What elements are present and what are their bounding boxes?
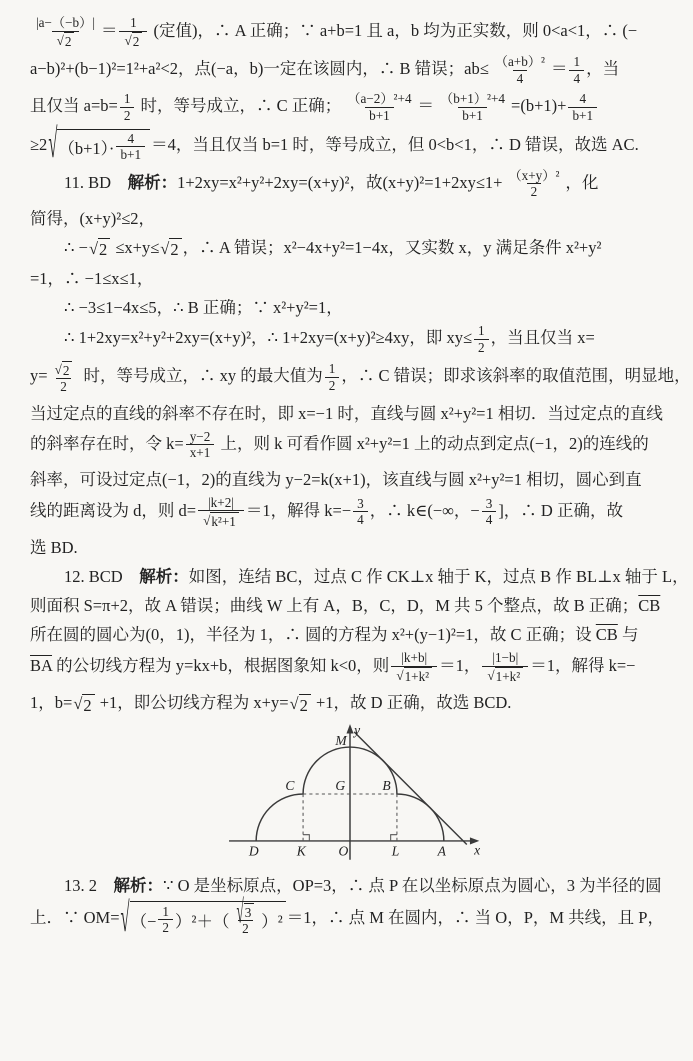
text-run: ＝1，: [439, 656, 480, 675]
text-run: ，化: [565, 173, 598, 192]
fraction: |1−b|√1+k²: [482, 650, 528, 684]
text-run: 所在圆的圆心为(0，1)，半径为 1，∴ 圆的方程为 x²+(y−1)²=1，故…: [30, 625, 596, 644]
radical: √2: [290, 694, 311, 716]
figure-diagram: y x O D K L A M C G B: [30, 721, 669, 867]
text-run: 时，等号成立，∴ xy 的最大值为: [79, 366, 322, 385]
fraction: √32: [231, 903, 259, 937]
text-run: 11. BD: [64, 173, 128, 192]
text-run: ）²: [261, 908, 282, 932]
text-run: 1，b=: [30, 693, 72, 712]
radical: √2: [55, 361, 73, 379]
radicand: 2: [82, 694, 94, 716]
label-point-m: M: [334, 733, 347, 748]
fraction: 14: [569, 54, 584, 86]
radical-sign-icon: √: [160, 241, 169, 258]
radical: √1+k²: [396, 667, 432, 685]
math-line: 的斜率存在时，令 k=y−2x+1 上，则 k 可看作圆 x²+y²=1 上的动…: [30, 429, 669, 461]
radicand: k²+1: [210, 512, 239, 530]
radicand: 2: [98, 238, 110, 260]
denominator: 2: [56, 378, 71, 395]
text-run: （−: [131, 908, 157, 932]
fraction: √22: [50, 360, 78, 394]
radical: √3: [236, 903, 254, 921]
radicand: 2: [62, 361, 73, 379]
numerator: 3: [482, 496, 497, 512]
text-run: ，∴ A 错误；x²−4x+y²=1−4x，又实数 x，y 满足条件 x²+y²: [183, 238, 602, 257]
math-line: 且仅当 a=b=12 时，等号成立，∴ C 正确；（a−2）²+4b+1＝（b+…: [30, 91, 669, 123]
radical-sign-icon: √: [487, 669, 494, 682]
denominator: b+1: [116, 146, 145, 163]
math-line: 线的距离设为 d，则 d=|k+2|√k²+1＝1，解得 k=−34，∴ k∈(…: [30, 495, 669, 529]
text-run: a−b)²+(b−1)²=1²+a²<2，点(−a，b)一定在该圆内，∴ B 错…: [30, 59, 489, 78]
text-run: 简得，(x+y)²≤2，: [30, 209, 155, 228]
numerator: （b+1）²+4: [436, 91, 509, 107]
fraction: 4b+1: [568, 91, 597, 123]
text-run: =(b+1)+: [511, 96, 566, 115]
right-angle-mark-l: [390, 834, 396, 840]
radical: √2: [57, 32, 75, 50]
fraction: 34: [353, 496, 368, 528]
numerator: 1: [120, 91, 135, 107]
text-run: ＝1，解得 k=−: [530, 656, 635, 675]
label-point-b: B: [382, 778, 390, 793]
text-run: ＝1，解得 k=−: [246, 501, 351, 520]
tangent-line: [354, 732, 467, 845]
numerator: y−2: [186, 429, 215, 445]
radicand: 1+k²: [404, 667, 433, 685]
numerator: 3: [353, 496, 368, 512]
text-run: 斜率，可设过定点(−1，2)的直线为 y−2=k(x+1)，该直线与圆 x²+y…: [30, 470, 642, 489]
label-axis-x: x: [473, 842, 480, 857]
fraction: 12: [120, 91, 135, 123]
label-point-c: C: [285, 778, 295, 793]
radical-sign-icon: √: [124, 34, 131, 47]
radical: √2: [124, 32, 142, 50]
numerator: √3: [231, 903, 259, 921]
text-run: ∴ −: [64, 238, 88, 257]
denominator: b+1: [365, 107, 394, 124]
math-line: ∴ 1+2xy=x²+y²+2xy=(x+y)²，∴ 1+2xy=(x+y)²≥…: [30, 323, 669, 355]
numerator: 1: [158, 904, 173, 920]
right-angle-mark-k: [303, 834, 309, 840]
label-origin: O: [338, 843, 348, 858]
text-run: ≥2: [30, 135, 47, 154]
fraction: 34: [482, 496, 497, 528]
text-run: 上，则 k 可看作圆 x²+y²=1 上的动点到定点(−1，2)的连线的: [216, 434, 648, 453]
label-point-a: A: [436, 843, 446, 858]
math-line: 12. BCD 解析：如图，连结 BC，过点 C 作 CK⊥x 轴于 K，过点 …: [30, 563, 669, 587]
arc-overline: CB: [638, 596, 660, 615]
text-run: ，∴ C 错误；即求该斜率的取值范围，明显地，: [341, 366, 690, 385]
radicand: 2: [169, 238, 181, 260]
text-run: =1，∴ −1≤x≤1，: [30, 269, 153, 288]
label-point-d: D: [247, 843, 258, 858]
text-run: ∴ −3≤1−4x≤5，∴ B 正确；∵ x²+y²=1，: [64, 298, 343, 317]
math-line: 选 BD.: [30, 534, 669, 558]
numerator: 1: [325, 361, 340, 377]
radical-sign-icon: √: [290, 696, 299, 713]
radical: √1+k²: [487, 667, 523, 685]
numerator: |k+2|: [204, 495, 238, 511]
math-line: ≥2√（b+1）·4b+1＝4，当且仅当 b=1 时，等号成立，但 0<b<1，…: [30, 129, 669, 163]
radical-sign-icon: √: [396, 669, 403, 682]
text-run: ＝: [418, 96, 435, 115]
denominator: 2: [120, 107, 135, 124]
text-run: y=: [30, 366, 48, 385]
math-line: 1，b=√2 +1，即公切线方程为 x+y=√2 +1，故 D 正确，故选 BC…: [30, 689, 669, 715]
denominator: √2: [119, 31, 147, 50]
radicand: （b+1）·4b+1: [57, 129, 150, 163]
text-run: ＝: [551, 59, 568, 78]
radicand: 2: [132, 32, 143, 50]
radical-sign-icon: √: [73, 696, 82, 713]
fraction: 12: [158, 904, 173, 936]
label-point-k: K: [295, 843, 306, 858]
fraction: 1√2: [119, 15, 147, 49]
text-run: (定值)，∴ A 正确；∵ a+b=1 且 a，b 均为正实数，则 0<a<1，…: [149, 21, 637, 40]
fraction: |k+b|√1+k²: [391, 650, 437, 684]
fraction: |a−（−b）|√2: [32, 15, 99, 49]
denominator: 4: [569, 70, 584, 87]
fraction: （a−2）²+4b+1: [343, 91, 415, 123]
bold-run: 解析：: [114, 877, 164, 895]
numerator: 4: [575, 91, 590, 107]
numerator: （a+b）²: [491, 54, 549, 70]
math-line: 所在圆的圆心为(0，1)，半径为 1，∴ 圆的方程为 x²+(y−1)²=1，故…: [30, 621, 669, 645]
denominator: x+1: [186, 444, 215, 461]
denominator: √k²+1: [198, 510, 244, 529]
text-run: ∴ 1+2xy=x²+y²+2xy=(x+y)²，∴ 1+2xy=(x+y)²≥…: [64, 328, 472, 347]
text-run: （b+1）·: [58, 135, 114, 159]
text-run: 如图，连结 BC，过点 C 作 CK⊥x 轴于 K，过点 B 作 BL⊥x 轴于…: [189, 567, 689, 586]
denominator: b+1: [458, 107, 487, 124]
text-run: 的公切线方程为 y=kx+b，根据图象知 k<0，则: [52, 656, 389, 675]
numerator: （a−2）²+4: [343, 91, 415, 107]
radical: √2: [73, 694, 94, 716]
label-point-l: L: [390, 843, 399, 858]
numerator: |k+b|: [397, 650, 431, 666]
text-run: 上．∵ OM=: [30, 908, 120, 927]
text-run: 线的距离设为 d，则 d=: [30, 501, 196, 520]
curve-w-plot: y x O D K L A M C G B: [190, 721, 510, 867]
text-run: ，当且仅当 x=: [491, 328, 595, 347]
text-run: ，∴ k∈(−∞，−: [370, 501, 480, 520]
text-run: ≤x+y≤: [111, 238, 159, 257]
solution-content: |a−（−b）|√2＝1√2 (定值)，∴ A 正确；∵ a+b=1 且 a，b…: [0, 0, 693, 937]
solution-text-top: |a−（−b）|√2＝1√2 (定值)，∴ A 正确；∵ a+b=1 且 a，b…: [30, 15, 669, 716]
math-line: 简得，(x+y)²≤2，: [30, 205, 669, 229]
radical-sign-icon: √: [55, 363, 62, 376]
text-run: ，当: [586, 59, 619, 78]
text-run: 选 BD.: [30, 538, 78, 557]
radicand: （−12）²＋（√32）²: [130, 901, 286, 937]
radicand: 1+k²: [495, 667, 524, 685]
radicand: 3: [244, 903, 255, 921]
label-axis-y: y: [352, 722, 361, 737]
text-run: 与: [618, 625, 639, 644]
math-line: 13. 2 解析：∵ O 是坐标原点，OP=3，∴ 点 P 在以坐标原点为圆心，…: [30, 872, 669, 896]
text-run: ＝1，∴ 点 M 在圆内，∴ 当 O，P，M 共线，且 P，: [287, 908, 664, 927]
bold-run: 解析：: [128, 174, 178, 192]
text-run: ]，∴ D 正确，故: [498, 501, 623, 520]
radical-sign-icon: √: [89, 241, 98, 258]
numerator: |a−（−b）|: [32, 15, 99, 31]
fraction: |k+2|√k²+1: [198, 495, 244, 529]
label-point-g: G: [335, 778, 345, 793]
radical: √k²+1: [203, 512, 239, 530]
denominator: 4: [353, 511, 368, 528]
denominator: √2: [52, 31, 80, 50]
bold-run: 解析：: [139, 568, 189, 586]
radical-sign-icon: √: [203, 514, 210, 527]
math-line: BA 的公切线方程为 y=kx+b，根据图象知 k<0，则|k+b|√1+k²＝…: [30, 650, 669, 684]
text-run: 且仅当 a=b=: [30, 96, 118, 115]
text-run: 1+2xy=x²+y²+2xy=(x+y)²，故(x+y)²=1+2xy≤1+: [177, 173, 502, 192]
arc-overline: CB: [596, 625, 618, 644]
math-line: 11. BD 解析：1+2xy=x²+y²+2xy=(x+y)²，故(x+y)²…: [30, 168, 669, 200]
radical: √2: [89, 238, 110, 260]
denominator: √1+k²: [482, 666, 528, 685]
fraction: 12: [474, 323, 489, 355]
text-run: 则面积 S=π+2，故 A 错误；曲线 W 上有 A，B，C，D，M 共 5 个…: [30, 596, 638, 615]
radical: √（b+1）·4b+1: [48, 129, 150, 163]
denominator: b+1: [568, 107, 597, 124]
text-run: 12. BCD: [64, 567, 139, 586]
solution-text-bottom: 13. 2 解析：∵ O 是坐标原点，OP=3，∴ 点 P 在以坐标原点为圆心，…: [30, 872, 669, 937]
fraction: （a+b）²4: [491, 54, 549, 86]
fraction: 4b+1: [116, 131, 145, 163]
radicand: 2: [299, 694, 311, 716]
denominator: 2: [527, 183, 542, 200]
text-run: +1，即公切线方程为 x+y=: [96, 693, 289, 712]
denominator: 4: [482, 511, 497, 528]
numerator: 1: [474, 323, 489, 339]
numerator: 1: [126, 15, 141, 31]
y-axis-arrow-icon: [346, 724, 353, 733]
numerator: |1−b|: [488, 650, 522, 666]
numerator: 4: [123, 131, 138, 147]
numerator: （x+y）²: [504, 168, 563, 184]
radical-sign-icon: √: [121, 898, 130, 939]
radical: √（−12）²＋（√32）²: [121, 901, 286, 937]
math-line: ∴ −3≤1−4x≤5，∴ B 正确；∵ x²+y²=1，: [30, 294, 669, 318]
math-line: ∴ −√2 ≤x+y≤√2，∴ A 错误；x²−4x+y²=1−4x，又实数 x…: [30, 234, 669, 260]
denominator: 4: [513, 70, 528, 87]
radical-sign-icon: √: [48, 125, 57, 166]
denominator: 2: [474, 339, 489, 356]
radical-sign-icon: √: [57, 34, 64, 47]
arc-overline: BA: [30, 656, 52, 675]
text-run: 当过定点的直线的斜率不存在时，即 x=−1 时，直线与圆 x²+y²=1 相切．…: [30, 404, 663, 423]
text-run: ＝: [101, 21, 118, 40]
math-line: |a−（−b）|√2＝1√2 (定值)，∴ A 正确；∵ a+b=1 且 a，b…: [30, 15, 669, 49]
fraction: （b+1）²+4b+1: [436, 91, 509, 123]
math-line: y=√22 时，等号成立，∴ xy 的最大值为12，∴ C 错误；即求该斜率的取…: [30, 360, 669, 394]
math-line: 当过定点的直线的斜率不存在时，即 x=−1 时，直线与圆 x²+y²=1 相切．…: [30, 400, 669, 424]
text-run: 13. 2: [64, 876, 114, 895]
text-run: ）²＋（: [175, 908, 229, 932]
math-line: 则面积 S=π+2，故 A 错误；曲线 W 上有 A，B，C，D，M 共 5 个…: [30, 592, 669, 616]
math-line: a−b)²+(b−1)²=1²+a²<2，点(−a，b)一定在该圆内，∴ B 错…: [30, 54, 669, 86]
text-run: ＝4，当且仅当 b=1 时，等号成立，但 0<b<1，∴ D 错误，故选 AC.: [151, 135, 639, 154]
text-run: +1，故 D 正确，故选 BCD.: [312, 693, 512, 712]
math-line: 斜率，可设过定点(−1，2)的直线为 y−2=k(x+1)，该直线与圆 x²+y…: [30, 466, 669, 490]
radical-sign-icon: √: [236, 895, 243, 928]
radicand: 2: [64, 32, 75, 50]
denominator: √1+k²: [391, 666, 437, 685]
fraction: y−2x+1: [186, 429, 215, 461]
radical: √2: [160, 238, 181, 260]
fraction: 12: [325, 361, 340, 393]
text-run: 时，等号成立，∴ C 正确；: [136, 96, 341, 115]
numerator: √2: [50, 360, 78, 378]
text-run: 的斜率存在时，令 k=: [30, 434, 184, 453]
math-line: =1，∴ −1≤x≤1，: [30, 265, 669, 289]
math-line: 上．∵ OM=√（−12）²＋（√32）²＝1，∴ 点 M 在圆内，∴ 当 O，…: [30, 901, 669, 937]
denominator: 2: [325, 377, 340, 394]
numerator: 1: [569, 54, 584, 70]
document-page: |a−（−b）|√2＝1√2 (定值)，∴ A 正确；∵ a+b=1 且 a，b…: [0, 0, 693, 1061]
denominator: 2: [158, 919, 173, 936]
fraction: （x+y）²2: [504, 168, 563, 200]
